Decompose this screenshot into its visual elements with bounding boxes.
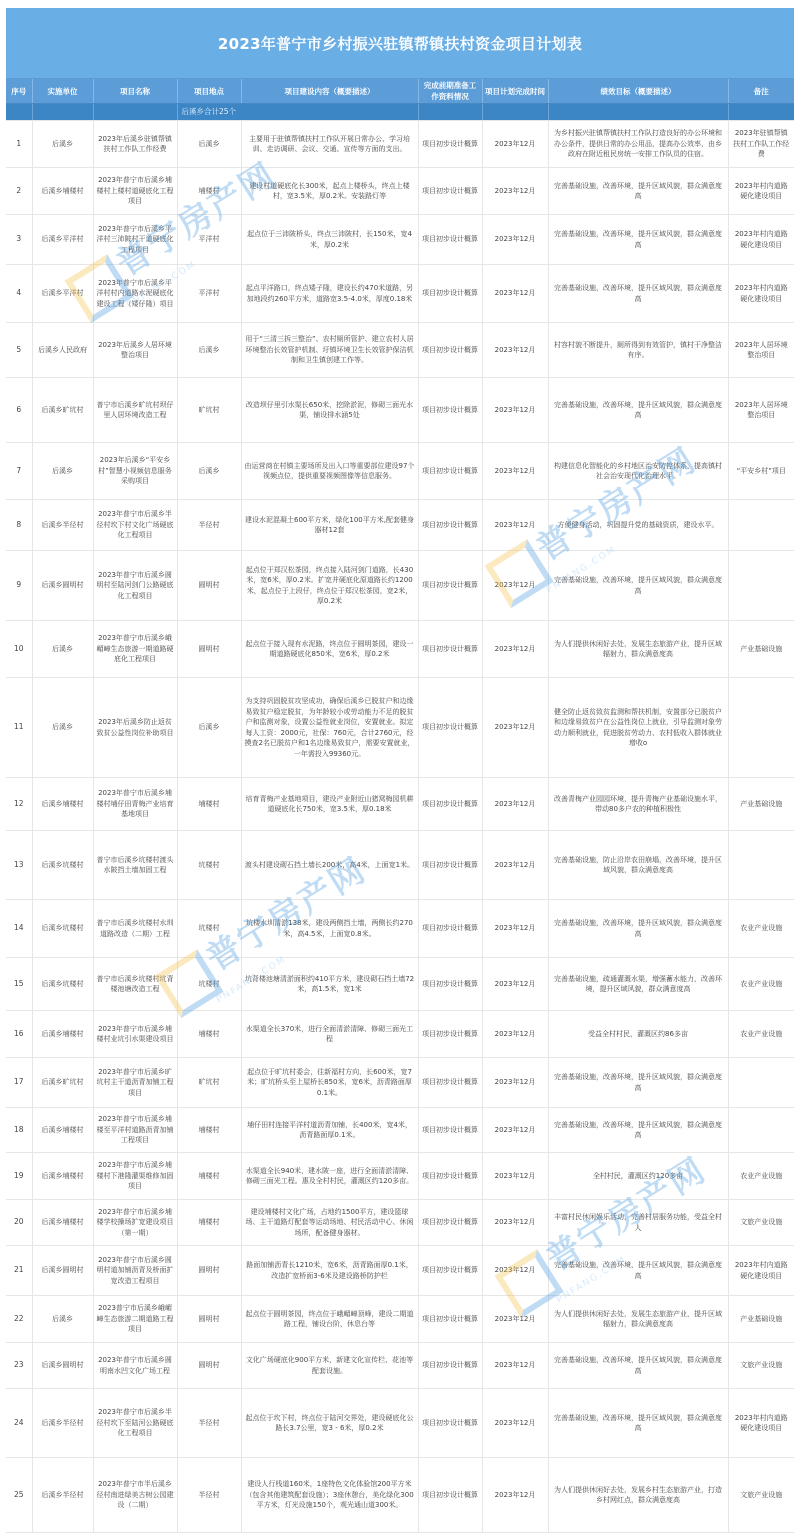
cell-unit: 后溪乡半径村 [32,1389,93,1458]
cell-note: 产业基础设施 [728,1296,794,1343]
table-row: 21后溪乡圆明村2023年普宁市后溪乡圆明村道加铺沥青及桥面扩宽改造工程项目圆明… [6,1246,794,1296]
table-row: 12后溪乡埔楼村2023年普宁市后溪乡埔楼村埔仔田青梅产业培育基地项目埔楼村培育… [6,778,794,831]
cell-content: 用于“三清三拆三整治”、农村厕所管护、建立农村人居环境整治长效管护机制、圩镇环境… [241,323,418,378]
cell-note [728,551,794,621]
cell-goal: 完善基础设施，改善环境，提升区域风貌，群众满意度高 [548,1343,728,1389]
cell-time: 2023年12月 [482,1389,548,1458]
cell-unit: 后溪乡人民政府 [32,323,93,378]
cell-no: 2 [6,168,32,215]
cell-name: 2023年普宁市后溪乡峨嵋嶂生态旅游一期道路硬底化工程项目 [93,621,177,678]
cell-content: 起点位于坎下村，终点位于陆河交界处，建设硬底化公路长3.7公里，宽3 - 6米，… [241,1389,418,1458]
cell-unit: 后溪乡 [32,678,93,778]
cell-goal: 完善基础设施，改善环境，提升区域风貌，群众满意度高 [548,265,728,323]
cell-time: 2023年12月 [482,323,548,378]
cell-location: 圆明村 [177,621,241,678]
cell-no: 19 [6,1153,32,1200]
cell-content: 改造坝仔里引水渠长650米，挖除淤泥，修砌三面光水渠，铺设排水涵5处 [241,378,418,443]
cell-time: 2023年12月 [482,1458,548,1533]
cell-name: 普宁市后溪乡坑楼村渡头水陂挡土墙加固工程 [93,831,177,900]
project-table: 序号 实施单位 项目名称 项目地点 项目建设内容（概要描述） 完成前期准备工作资… [6,79,794,1533]
cell-name: 2023普宁市后溪乡峨嵋嶂生态旅游二期道路工程项目 [93,1296,177,1343]
table-row: 15后溪乡坑楼村普宁市后溪乡坑楼村坑背楼池塘改造工程坑楼村坑背楼池塘清淤面积约4… [6,958,794,1011]
cell-note: 2023年人居环境整治项目 [728,323,794,378]
cell-note: 2023年村内道路硬化建设项目 [728,265,794,323]
cell-goal: 完善基础设施，疏通灌溉水渠，增强蓄水能力，改善环境，提升区域风貌，群众满意度高 [548,958,728,1011]
cell-goal: 为人们提供休闲好去处，发展乡村生态旅游产业，打造乡村网红点，群众满意度高 [548,1458,728,1533]
cell-name: 2023年普宁市后溪乡平洋村三沛陂村干道硬底化工程项目 [93,215,177,265]
subtotal-row: 后溪乡合计25个 [6,104,794,121]
col-header-goal: 绩效目标（概要描述） [548,79,728,104]
col-header-no: 序号 [6,79,32,104]
cell-prep: 项目初步设计概算 [418,1389,482,1458]
cell-time: 2023年12月 [482,265,548,323]
cell-goal: 完善基础设施，改善环境，提升区域风貌，群众满意度高 [548,1246,728,1296]
cell-location: 半径村 [177,500,241,551]
table-row: 1后溪乡2023年后溪乡驻镇帮镇扶村工作队工作经费后溪乡主要用于驻镇帮镇扶村工作… [6,121,794,168]
cell-no: 7 [6,443,32,500]
cell-time: 2023年12月 [482,378,548,443]
cell-time: 2023年12月 [482,121,548,168]
cell-time: 2023年12月 [482,215,548,265]
cell-content: 为支持巩固脱贫攻坚成功，确保后溪乡已脱贫户和边缘易致贫户稳定脱贫，为年龄较小或劳… [241,678,418,778]
cell-goal: 改善青梅产业园园环境，提升青梅产业基础设施水平，带动80多户农的种植积极性 [548,778,728,831]
cell-name: 2023年普宁市后溪乡埔楼学校操场扩宽建设项目（第一期） [93,1200,177,1246]
cell-time: 2023年12月 [482,1058,548,1108]
column-header-row: 序号 实施单位 项目名称 项目地点 项目建设内容（概要描述） 完成前期准备工作资… [6,79,794,104]
cell-goal: 完善基础设施，改善环境，提升区域风貌，群众满意度高 [548,551,728,621]
cell-name: 2023年普宁市后溪乡半径村坎下至陆河公路硬底化工程项目 [93,1389,177,1458]
cell-location: 圆明村 [177,1246,241,1296]
cell-unit: 后溪乡旷坑村 [32,378,93,443]
cell-prep: 项目初步设计概算 [418,1458,482,1533]
cell-time: 2023年12月 [482,1343,548,1389]
cell-prep: 项目初步设计概算 [418,678,482,778]
cell-goal: 完善基础设施，改善环境，提升区域风貌，群众满意度高 [548,1389,728,1458]
table-row: 14后溪乡坑楼村普宁市后溪乡坑楼村水圳道路改造（二期）工程坑楼村坑楼水圳清淤13… [6,900,794,958]
table-row: 7后溪乡2023年后溪乡“平安乡村”智慧小视频信息服务采购项目后溪乡由运营商在村… [6,443,794,500]
cell-unit: 后溪乡平洋村 [32,215,93,265]
table-row: 4后溪乡平洋村2023年普宁市后溪乡平洋村村内道路水泥硬底化建设工程（矮仔隆）项… [6,265,794,323]
cell-no: 17 [6,1058,32,1108]
cell-note: “平安乡村”项目 [728,443,794,500]
cell-name: 2023年普宁市后溪乡圆明南水凹文化广场工程 [93,1343,177,1389]
cell-time: 2023年12月 [482,168,548,215]
cell-prep: 项目初步设计概算 [418,215,482,265]
cell-time: 2023年12月 [482,1011,548,1058]
cell-goal: 村容村貌不断提升，厕所得到有效管护，镇村干净整洁有序。 [548,323,728,378]
cell-name: 普宁市后溪乡坑楼村水圳道路改造（二期）工程 [93,900,177,958]
cell-content: 水渠道全长940米，建水陂一座，进行全面清淤清障、修砌三面光工程。惠及全村村民，… [241,1153,418,1200]
col-header-time: 项目计划完成时间 [482,79,548,104]
cell-location: 埔楼村 [177,1200,241,1246]
project-plan-sheet: 2023年普宁市乡村振兴驻镇帮镇扶村资金项目计划表 序号 实施单位 项目名称 项… [6,8,794,1533]
cell-location: 平洋村 [177,215,241,265]
cell-goal: 构建信息化智能化的乡村地区治安防控体系，提高镇村社会治安现代化治理水平。 [548,443,728,500]
cell-no: 24 [6,1389,32,1458]
cell-goal: 完善基础设施，改善环境，提升区域风貌，群众满意度高 [548,1058,728,1108]
cell-content: 建设人行栈道160米，1座特色文化体验馆200平方米（包含其他建筑配套设施）；3… [241,1458,418,1533]
cell-prep: 项目初步设计概算 [418,168,482,215]
cell-prep: 项目初步设计概算 [418,500,482,551]
cell-content: 主要用于驻镇帮镇扶村工作队开展日常办公、学习培训、走访调研、会议、交通、宣传等方… [241,121,418,168]
cell-note: 文旅产业设施 [728,1200,794,1246]
cell-content: 渡头村建设砌石挡土墙长200米，高4米，上面宽1米。 [241,831,418,900]
cell-prep: 项目初步设计概算 [418,1011,482,1058]
table-row: 10后溪乡2023年普宁市后溪乡峨嵋嶂生态旅游一期道路硬底化工程项目圆明村起点位… [6,621,794,678]
table-row: 8后溪乡半径村2023年普宁市后溪乡半径村坎下村文化广场硬底化工程项目半径村建设… [6,500,794,551]
cell-location: 半径村 [177,1389,241,1458]
cell-location: 坑楼村 [177,900,241,958]
cell-no: 23 [6,1343,32,1389]
cell-unit: 后溪乡圆明村 [32,1246,93,1296]
cell-note: 2023年驻镇帮镇扶村工作队工作经费 [728,121,794,168]
cell-name: 2023年后溪乡“平安乡村”智慧小视频信息服务采购项目 [93,443,177,500]
cell-no: 6 [6,378,32,443]
cell-location: 坑楼村 [177,958,241,1011]
cell-note [728,678,794,778]
cell-prep: 项目初步设计概算 [418,265,482,323]
cell-goal: 完善基础设施，改善环境，提升区域风貌，群众满意度高 [548,168,728,215]
cell-no: 15 [6,958,32,1011]
cell-content: 起点位于旷坑村委会，往新福村方向，长600米，宽7米；旷坑桥头至上屋桥长850米… [241,1058,418,1108]
cell-unit: 后溪乡埔楼村 [32,778,93,831]
cell-time: 2023年12月 [482,900,548,958]
cell-goal: 为人们提供休闲好去处，发展生态旅游产业，提升区域辐射力，群众满意度高 [548,621,728,678]
cell-no: 22 [6,1296,32,1343]
cell-unit: 后溪乡埔楼村 [32,1108,93,1153]
cell-content: 起点位于圆明茶园，终点位于峨嵋嶂顶峰，建设二期道路工程，铺设台阶，休息台等 [241,1296,418,1343]
cell-goal: 受益全村村民，灌溉区约86多亩 [548,1011,728,1058]
cell-location: 圆明村 [177,1343,241,1389]
cell-time: 2023年12月 [482,778,548,831]
cell-location: 埔楼村 [177,168,241,215]
cell-no: 9 [6,551,32,621]
cell-time: 2023年12月 [482,621,548,678]
cell-name: 普宁市后溪乡旷坑村坝仔里人居环境改造工程 [93,378,177,443]
cell-location: 埔楼村 [177,1011,241,1058]
cell-time: 2023年12月 [482,958,548,1011]
cell-unit: 后溪乡 [32,621,93,678]
table-row: 9后溪乡圆明村2023年普宁市后溪乡圆明村至陆河剑门公路硬底化工程项目圆明村起点… [6,551,794,621]
cell-time: 2023年12月 [482,831,548,900]
cell-prep: 项目初步设计概算 [418,1296,482,1343]
cell-prep: 项目初步设计概算 [418,621,482,678]
cell-prep: 项目初步设计概算 [418,831,482,900]
cell-goal: 为乡村振兴驻镇帮镇扶村工作队打造良好的办公环境和办公条件，提供日常的办公用品，提… [548,121,728,168]
cell-name: 2023年后溪乡人居环境整治项目 [93,323,177,378]
cell-note [728,831,794,900]
cell-content: 起点位于接入现有水泥路，终点位于圆明茶园，建设一期道路硬底化850米，宽6米，厚… [241,621,418,678]
table-row: 23后溪乡圆明村2023年普宁市后溪乡圆明南水凹文化广场工程圆明村文化广场硬底化… [6,1343,794,1389]
cell-location: 埔楼村 [177,1153,241,1200]
cell-goal: 完善基础设施，改善环境，提升区域风貌，群众满意度高 [548,215,728,265]
table-row: 16后溪乡埔楼村2023年普宁市后溪乡埔楼村业坑引水渠建设项目埔楼村水渠道全长3… [6,1011,794,1058]
table-row: 13后溪乡坑楼村普宁市后溪乡坑楼村渡头水陂挡土墙加固工程坑楼村渡头村建设砌石挡土… [6,831,794,900]
table-row: 17后溪乡旷坑村2023年普宁市后溪乡旷坑村主干道沥青加铺工程项目旷坑村起点位于… [6,1058,794,1108]
subtotal-label: 后溪乡合计25个 [177,104,418,121]
cell-prep: 项目初步设计概算 [418,778,482,831]
cell-note: 产业基础设施 [728,778,794,831]
cell-name: 普宁市后溪乡坑楼村坑背楼池塘改造工程 [93,958,177,1011]
cell-goal: 完善基础设施，改善环境，提升区域风貌，群众满意度高 [548,900,728,958]
cell-name: 2023年普宁市后溪乡半径村坎下村文化广场硬底化工程项目 [93,500,177,551]
cell-time: 2023年12月 [482,1200,548,1246]
cell-no: 1 [6,121,32,168]
cell-prep: 项目初步设计概算 [418,1153,482,1200]
cell-prep: 项目初步设计概算 [418,1343,482,1389]
cell-location: 后溪乡 [177,678,241,778]
cell-goal: 丰富村民休闲娱乐活动，完善村居服务功能，受益全村人 [548,1200,728,1246]
cell-no: 21 [6,1246,32,1296]
cell-note: 农业产业设施 [728,958,794,1011]
cell-prep: 项目初步设计概算 [418,443,482,500]
cell-goal: 完善基础设施，改善环境，提升区域风貌，群众满意度高 [548,378,728,443]
cell-content: 坑楼水圳清淤138米，建设两侧挡土墙，两侧长约270米，高4.5米，上面宽0.8… [241,900,418,958]
cell-name: 2023年普宁市后溪乡旷坑村主干道沥青加铺工程项目 [93,1058,177,1108]
cell-content: 起点位于郑汉松茶园，终点接入陆河剑门道路，长430米，宽6米，厚0.2米。扩宽并… [241,551,418,621]
cell-prep: 项目初步设计概算 [418,900,482,958]
cell-prep: 项目初步设计概算 [418,1058,482,1108]
table-row: 24后溪乡半径村2023年普宁市后溪乡半径村坎下至陆河公路硬底化工程项目半径村起… [6,1389,794,1458]
cell-location: 后溪乡 [177,121,241,168]
cell-name: 2023年后溪乡防止返贫致贫公益性岗位补助项目 [93,678,177,778]
cell-no: 13 [6,831,32,900]
cell-unit: 后溪乡 [32,1296,93,1343]
cell-no: 5 [6,323,32,378]
cell-location: 平洋村 [177,265,241,323]
col-header-unit: 实施单位 [32,79,93,104]
cell-content: 建设村道硬底化长300米，起点上楼桥头，终点上楼村，宽3.5米，厚0.2米。安装… [241,168,418,215]
col-header-location: 项目地点 [177,79,241,104]
col-header-name: 项目名称 [93,79,177,104]
cell-note [728,1108,794,1153]
cell-prep: 项目初步设计概算 [418,378,482,443]
cell-note: 农业产业设施 [728,900,794,958]
sheet-title: 2023年普宁市乡村振兴驻镇帮镇扶村资金项目计划表 [6,8,794,79]
cell-name: 2023年普宁市后溪乡埔楼至平洋村道路沥青加铺工程项目 [93,1108,177,1153]
cell-note: 2023年村内道路硬化建设项目 [728,1389,794,1458]
col-header-content: 项目建设内容（概要描述） [241,79,418,104]
cell-goal: 为人们提供休闲好去处，发展生态旅游产业，提升区域辐射力，群众满意度高 [548,1296,728,1343]
cell-prep: 项目初步设计概算 [418,323,482,378]
cell-unit: 后溪乡 [32,121,93,168]
cell-content: 建设埔楼村文化广场，占地约1500平方，建设篮球场、主干道路灯配套等运动场地、村… [241,1200,418,1246]
cell-note: 农业产业设施 [728,1153,794,1200]
cell-time: 2023年12月 [482,443,548,500]
cell-time: 2023年12月 [482,551,548,621]
cell-location: 半径村 [177,1458,241,1533]
cell-unit: 后溪乡圆明村 [32,1343,93,1389]
table-row: 25后溪乡半径村2023年普宁市半后溪乡径村南进绿美古树公园建设（二期）半径村建… [6,1458,794,1533]
cell-unit: 后溪乡坑楼村 [32,958,93,1011]
cell-note: 2023年村内道路硬化建设项目 [728,168,794,215]
cell-location: 后溪乡 [177,443,241,500]
cell-time: 2023年12月 [482,678,548,778]
table-row: 6后溪乡旷坑村普宁市后溪乡旷坑村坝仔里人居环境改造工程旷坑村改造坝仔里引水渠长6… [6,378,794,443]
cell-content: 由运营商在村镇主要场所及出入口等重要部位建设97个视频点位，提供重要视频图像等信… [241,443,418,500]
cell-unit: 后溪乡半径村 [32,500,93,551]
cell-location: 后溪乡 [177,323,241,378]
col-header-note: 备注 [728,79,794,104]
table-row: 19后溪乡埔楼村2023年普宁市后溪乡埔楼村下港隆灌渠维修加固项目埔楼村水渠道全… [6,1153,794,1200]
cell-note [728,500,794,551]
cell-content: 起点平洋路口，终点矮子隆，建设长约470米道路，另加地段约260平方米，道路宽3… [241,265,418,323]
cell-note [728,1058,794,1108]
cell-prep: 项目初步设计概算 [418,121,482,168]
cell-note: 产业基础设施 [728,621,794,678]
cell-note: 农业产业设施 [728,1011,794,1058]
table-row: 2后溪乡埔楼村2023年普宁市后溪乡埔楼村上楼村道硬底化工程项目埔楼村建设村道硬… [6,168,794,215]
cell-name: 2023年后溪乡驻镇帮镇扶村工作队工作经费 [93,121,177,168]
cell-location: 旷坑村 [177,378,241,443]
cell-goal: 健全防止返贫致贫监测和帮扶机制，安置部分已脱贫户和边缘易致贫户在公益性岗位上就业… [548,678,728,778]
cell-no: 16 [6,1011,32,1058]
cell-goal: 全村村民，灌溉区约120多亩 [548,1153,728,1200]
cell-name: 2023年普宁市后溪乡埔楼村上楼村道硬底化工程项目 [93,168,177,215]
cell-unit: 后溪乡坑楼村 [32,900,93,958]
cell-unit: 后溪乡埔楼村 [32,168,93,215]
cell-prep: 项目初步设计概算 [418,551,482,621]
cell-location: 坑楼村 [177,831,241,900]
cell-no: 3 [6,215,32,265]
cell-note: 2023年人居环境整治项目 [728,378,794,443]
cell-content: 文化广场硬底化900平方米，新建文化宣传栏、花池等配套设施。 [241,1343,418,1389]
cell-unit: 后溪乡圆明村 [32,551,93,621]
table-row: 11后溪乡2023年后溪乡防止返贫致贫公益性岗位补助项目后溪乡为支持巩固脱贫攻坚… [6,678,794,778]
cell-name: 2023年普宁市后溪乡埔楼村下港隆灌渠维修加固项目 [93,1153,177,1200]
cell-time: 2023年12月 [482,1108,548,1153]
cell-time: 2023年12月 [482,500,548,551]
cell-name: 2023年普宁市后溪乡埔楼村业坑引水渠建设项目 [93,1011,177,1058]
cell-note: 2023年村内道路硬化建设项目 [728,1246,794,1296]
cell-content: 坑背楼池塘清淤面积约410平方米，建设砌石挡土墙72米，高1.5米，宽1米 [241,958,418,1011]
table-row: 3后溪乡平洋村2023年普宁市后溪乡平洋村三沛陂村干道硬底化工程项目平洋村起点位… [6,215,794,265]
cell-name: 2023年普宁市后溪乡圆明村道加铺沥青及桥面扩宽改造工程项目 [93,1246,177,1296]
cell-content: 路面加铺沥青长1210米，宽6米，沥青路面厚0.1米，改造扩宽桥面3-6米及建设… [241,1246,418,1296]
cell-no: 18 [6,1108,32,1153]
cell-no: 12 [6,778,32,831]
cell-note: 文旅产业设施 [728,1343,794,1389]
cell-location: 圆明村 [177,1296,241,1343]
cell-content: 埔仔田村连接平洋村道沥青加铺，长400米，宽4米，沥青路面厚0.1米。 [241,1108,418,1153]
cell-no: 14 [6,900,32,958]
cell-location: 埔楼村 [177,1108,241,1153]
cell-no: 20 [6,1200,32,1246]
cell-unit: 后溪乡旷坑村 [32,1058,93,1108]
cell-name: 2023年普宁市后溪乡埔楼村埔仔田青梅产业培育基地项目 [93,778,177,831]
cell-content: 建设水泥混凝土600平方米，绿化100平方米,配套健身器材12套 [241,500,418,551]
cell-prep: 项目初步设计概算 [418,1246,482,1296]
table-row: 20后溪乡埔楼村2023年普宁市后溪乡埔楼学校操场扩宽建设项目（第一期）埔楼村建… [6,1200,794,1246]
cell-unit: 后溪乡平洋村 [32,265,93,323]
cell-goal: 完善基础设施，改善环境，提升区域风貌，群众满意度高 [548,1108,728,1153]
cell-unit: 后溪乡半径村 [32,1458,93,1533]
cell-time: 2023年12月 [482,1153,548,1200]
cell-no: 25 [6,1458,32,1533]
cell-prep: 项目初步设计概算 [418,958,482,1011]
cell-goal: 完善基础设施，防止沿岸农田崩塌，改善环境，提升区域风貌，群众满意度高 [548,831,728,900]
cell-content: 培育青梅产业基地项目，建设产业附近山猪窝梅园机耕道硬底化长750米，宽3.5米，… [241,778,418,831]
cell-no: 4 [6,265,32,323]
table-row: 18后溪乡埔楼村2023年普宁市后溪乡埔楼至平洋村道路沥青加铺工程项目埔楼村埔仔… [6,1108,794,1153]
cell-name: 2023年普宁市半后溪乡径村南进绿美古树公园建设（二期） [93,1458,177,1533]
cell-goal: 方便健身活动，巩固提升党的基础资质，建设水平。 [548,500,728,551]
cell-name: 2023年普宁市后溪乡平洋村村内道路水泥硬底化建设工程（矮仔隆）项目 [93,265,177,323]
cell-location: 旷坑村 [177,1058,241,1108]
table-row: 22后溪乡2023普宁市后溪乡峨嵋嶂生态旅游二期道路工程项目圆明村起点位于圆明茶… [6,1296,794,1343]
cell-prep: 项目初步设计概算 [418,1108,482,1153]
cell-time: 2023年12月 [482,1246,548,1296]
cell-name: 2023年普宁市后溪乡圆明村至陆河剑门公路硬底化工程项目 [93,551,177,621]
cell-unit: 后溪乡埔楼村 [32,1200,93,1246]
cell-no: 11 [6,678,32,778]
col-header-prep: 完成前期准备工作资料情况 [418,79,482,104]
cell-unit: 后溪乡坑楼村 [32,831,93,900]
cell-unit: 后溪乡埔楼村 [32,1011,93,1058]
cell-location: 埔楼村 [177,778,241,831]
table-row: 5后溪乡人民政府2023年后溪乡人居环境整治项目后溪乡用于“三清三拆三整治”、农… [6,323,794,378]
cell-unit: 后溪乡 [32,443,93,500]
cell-content: 起点位于三沛陂桥头，终点三沛陂村，长150米，宽4米，厚0.2米 [241,215,418,265]
cell-no: 8 [6,500,32,551]
cell-no: 10 [6,621,32,678]
cell-note: 2023年村内道路硬化建设项目 [728,215,794,265]
cell-location: 圆明村 [177,551,241,621]
cell-prep: 项目初步设计概算 [418,1200,482,1246]
cell-note: 文旅产业设施 [728,1458,794,1533]
cell-time: 2023年12月 [482,1296,548,1343]
cell-content: 水渠道全长370米，进行全面清淤清障、修砌三面光工程 [241,1011,418,1058]
cell-unit: 后溪乡埔楼村 [32,1153,93,1200]
